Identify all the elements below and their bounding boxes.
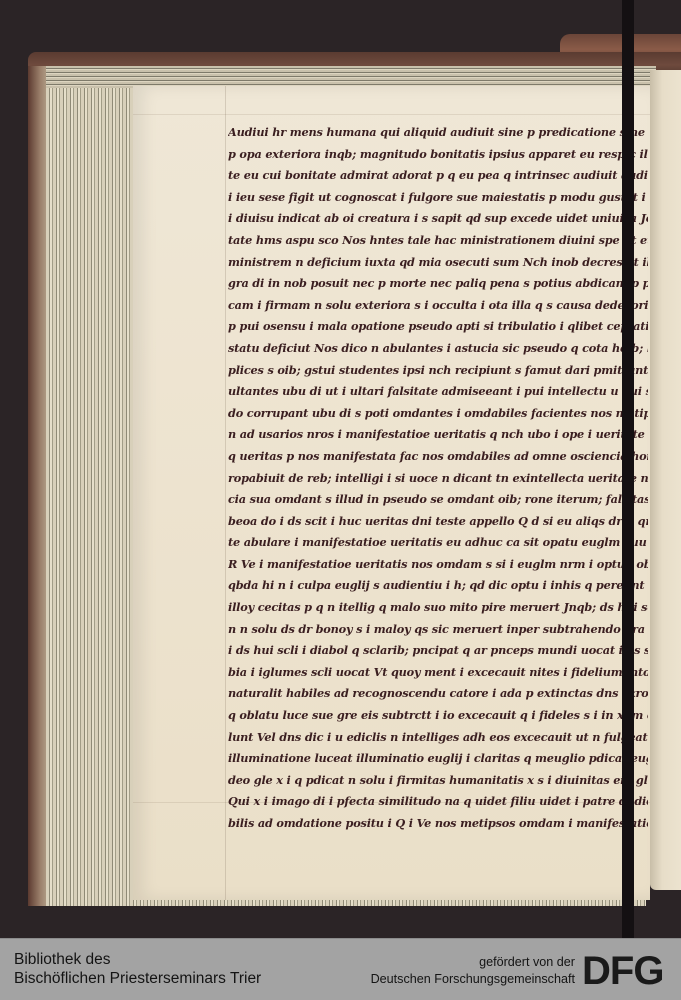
manuscript-line: beoa do i ds scit i huc ueritas dni test… [228, 511, 648, 533]
manuscript-line: p pui osensu i mala opatione pseudo apti… [228, 316, 648, 338]
manuscript-line: deo gle x i q pdicat n solu i firmitas h… [228, 770, 648, 792]
manuscript-line: ultantes ubu di ut i ultari falsitate ad… [228, 381, 648, 403]
manuscript-line: n n solu ds dr bonoy s i maloy qs sic me… [228, 619, 648, 641]
manuscript-line: lunt Vel dns dic i u ediclis n intellige… [228, 727, 648, 749]
library-name: Bibliothek des Bischöflichen Priestersem… [14, 950, 261, 988]
manuscript-line: illuminatione luceat illuminatio euglij … [228, 748, 648, 770]
facing-page-edge [650, 70, 681, 890]
manuscript-line: qbda hi n i culpa euglij s audientiu i h… [228, 575, 648, 597]
scanner-bar [622, 0, 634, 938]
manuscript-line: ministrem n deficium iuxta qd mia osecut… [228, 252, 648, 274]
ruling-line-top [133, 114, 650, 115]
manuscript-line: Audiui hr mens humana qui aliquid audiui… [228, 122, 648, 144]
manuscript-line: naturalit habiles ad recognoscendu cator… [228, 683, 648, 705]
manuscript-line: bilis ad omdatione positu i Q i Ve nos m… [228, 813, 648, 835]
manuscript-line: R Ve i manifestatioe ueritatis nos omdam… [228, 554, 648, 576]
manuscript-line: q ueritas p nos manifestata fac nos omda… [228, 446, 648, 468]
funding-line2: Deutschen Forschungsgemeinschaft [371, 971, 575, 988]
manuscript-line: do corrupant ubu di s poti omdantes i om… [228, 403, 648, 425]
library-name-line2: Bischöflichen Priesterseminars Trier [14, 969, 261, 988]
manuscript-line: i ieu sese figit ut cognoscat i fulgore … [228, 187, 648, 209]
manuscript-line: p opa exteriora inqb; magnitudo bonitati… [228, 144, 648, 166]
footer-banner: Bibliothek des Bischöflichen Priestersem… [0, 938, 681, 1000]
manuscript-line: plices s oib; gstui studentes ipsi nch r… [228, 360, 648, 382]
page-stack-top [46, 66, 656, 88]
book-cover-edge [28, 66, 48, 906]
manuscript-line: q oblatu luce sue gre eis subtrctt i io … [228, 705, 648, 727]
manuscript-page: Audiui hr mens humana qui aliquid audiui… [133, 86, 650, 900]
funding-note: gefördert von der Deutschen Forschungsge… [371, 954, 575, 988]
manuscript-line: n ad usarios nros i manifestatioe uerita… [228, 424, 648, 446]
manuscript-line: statu deficiut Nos dico n abulantes i as… [228, 338, 648, 360]
manuscript-line: te eu cui bonitate admirat adorat p q eu… [228, 165, 648, 187]
library-name-line1: Bibliothek des [14, 950, 261, 969]
manuscript-line: te abulare i manifestatioe ueritatis eu … [228, 532, 648, 554]
manuscript-line: ropabiuit de reb; intelligi i si uoce n … [228, 468, 648, 490]
manuscript-line: i ds hui scli i diabol q sclarib; pncipa… [228, 640, 648, 662]
dfg-logo: DFG [582, 953, 663, 989]
manuscript-line: tate hms aspu sco Nos hntes tale hac min… [228, 230, 648, 252]
funding-line1: gefördert von der [371, 954, 575, 971]
manuscript-line: Qui x i imago di i pfecta similitudo na … [228, 791, 648, 813]
manuscript-line: cam i firmam n solu exteriora s i occult… [228, 295, 648, 317]
manuscript-line: bia i iglumes scli uocat Vt quoy ment i … [228, 662, 648, 684]
ruling-line-left [225, 86, 226, 900]
manuscript-line: cia sua omdant s illud in pseudo se omda… [228, 489, 648, 511]
manuscript-text: Audiui hr mens humana qui aliquid audiui… [228, 122, 648, 835]
manuscript-line: i diuisu indicat ab oi creatura i s sapi… [228, 208, 648, 230]
manuscript-line: gra di in nob posuit nec p morte nec pal… [228, 273, 648, 295]
manuscript-scan: Audiui hr mens humana qui aliquid audiui… [0, 0, 681, 938]
manuscript-line: illoy cecitas p q n itellig q malo suo m… [228, 597, 648, 619]
